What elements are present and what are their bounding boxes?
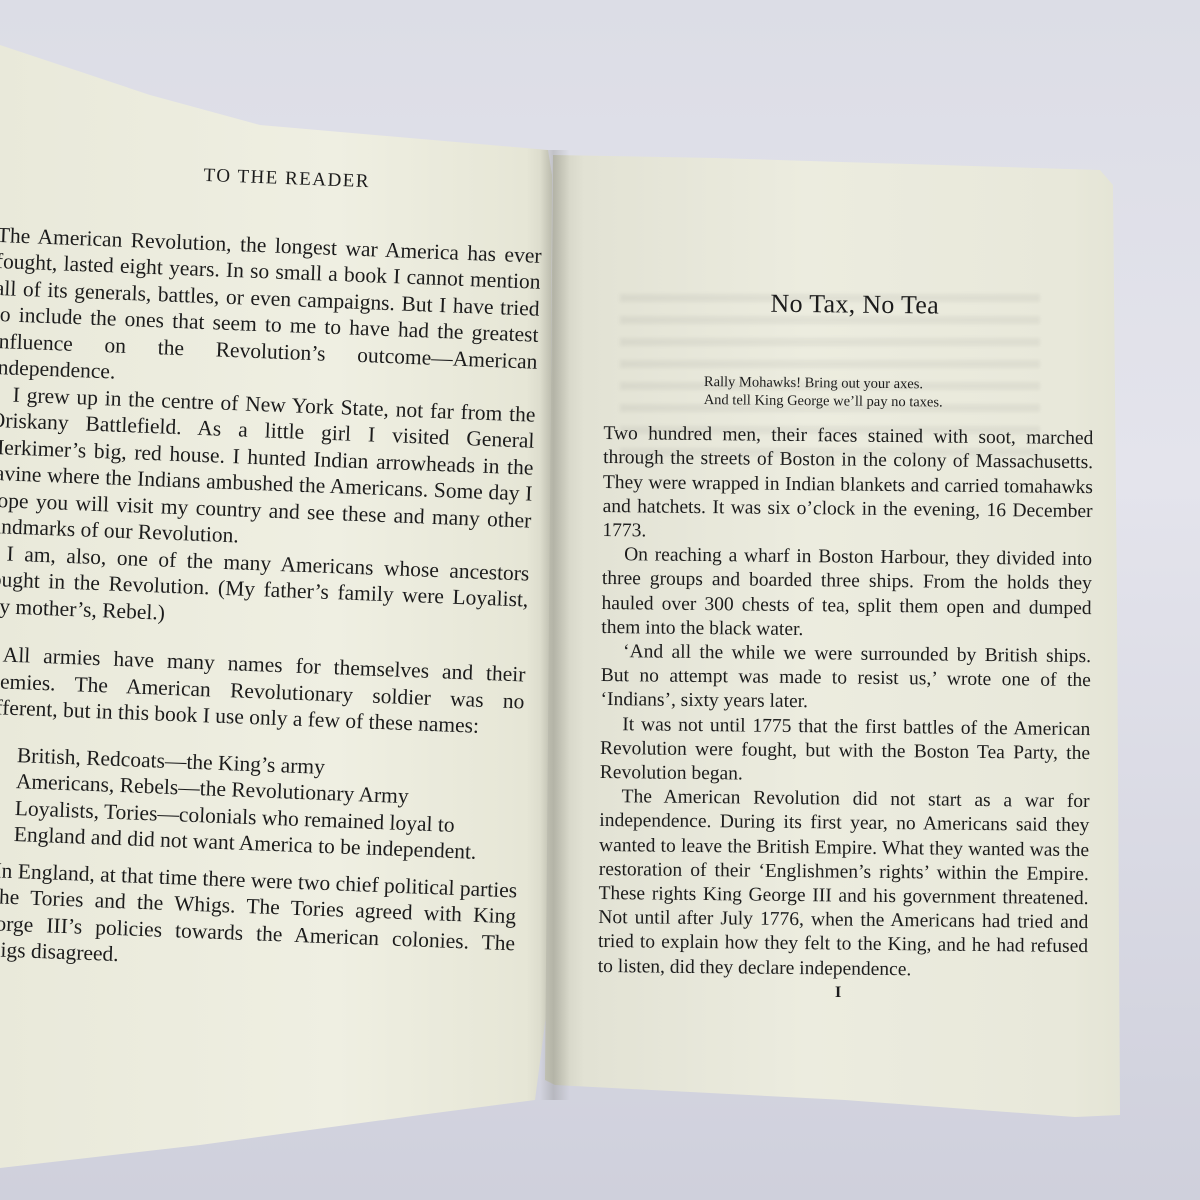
epigraph-line: And tell King George we’ll pay no taxes. <box>704 391 1094 413</box>
paragraph: In England, at that time there were two … <box>0 856 518 983</box>
paragraph: I grew up in the centre of New York Stat… <box>0 380 536 560</box>
right-page-content: No Tax, No Tea Rally Mohawks! Bring out … <box>598 280 1095 984</box>
page-number: I <box>835 984 841 1002</box>
paragraph: It was not until 1775 that the first bat… <box>600 713 1091 791</box>
left-page-content: TO THE READER The American Revolution, t… <box>0 155 545 983</box>
names-list: British, Redcoats—the King’s army Americ… <box>13 742 522 867</box>
paragraph: On reaching a wharf in Boston Harbour, t… <box>601 543 1092 645</box>
paragraph: ‘And all the while we were surrounded by… <box>600 640 1091 718</box>
chapter-title: No Tax, No Tea <box>605 290 1095 319</box>
paragraph: The American Revolution did not start as… <box>598 785 1090 984</box>
paragraph: Two hundred men, their faces stained wit… <box>602 422 1093 548</box>
epigraph: Rally Mohawks! Bring out your axes. And … <box>704 373 1094 413</box>
paragraph: The American Revolution, the longest war… <box>0 221 542 401</box>
